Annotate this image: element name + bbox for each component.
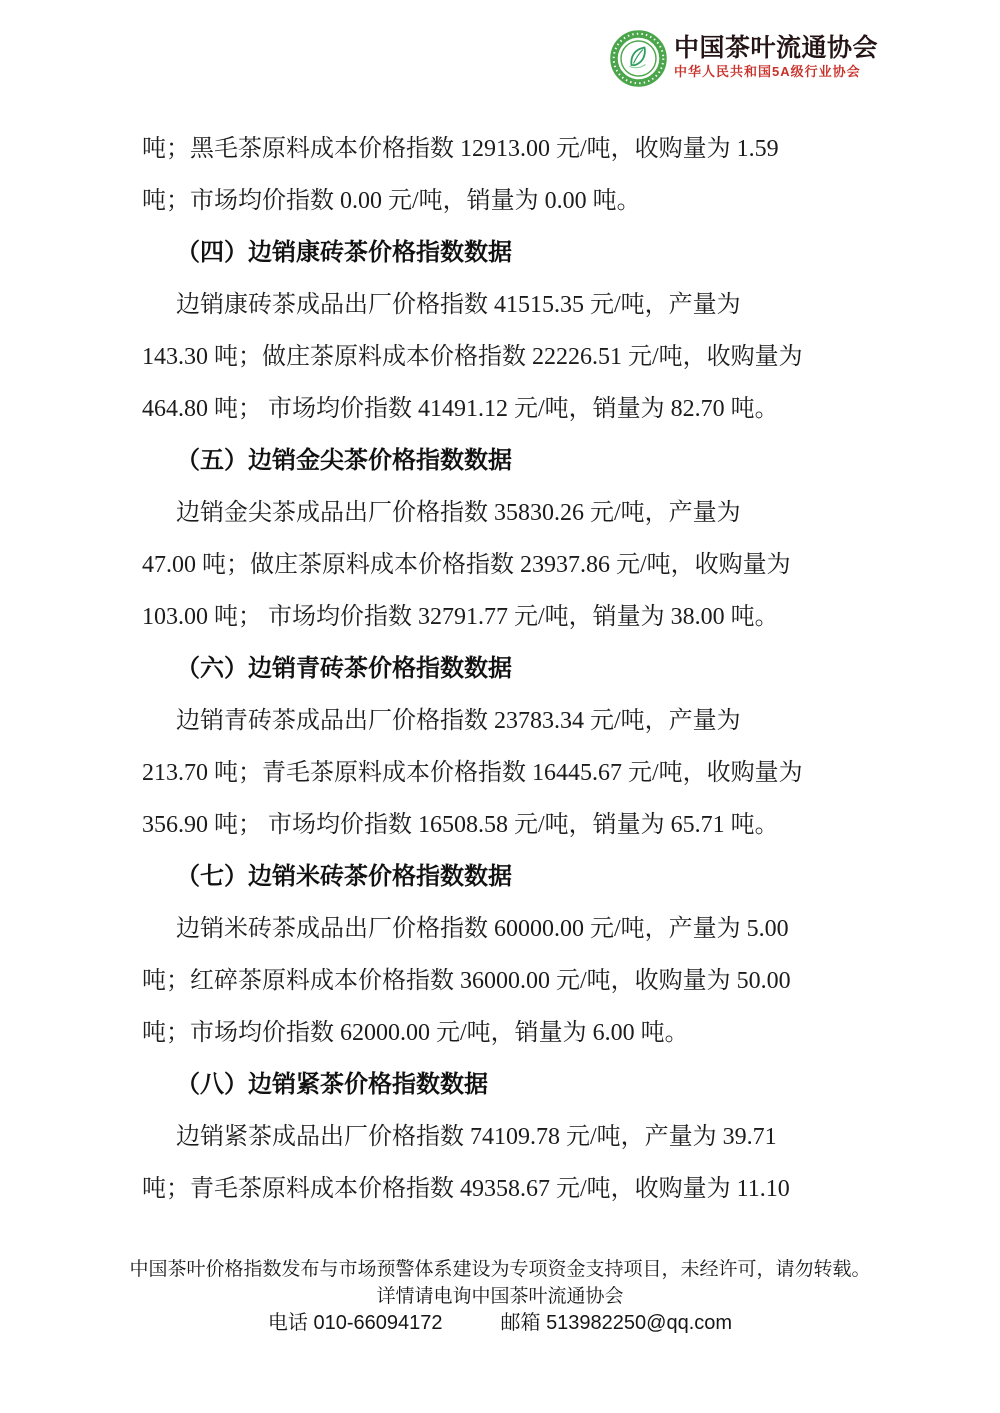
footer-phone: 电话 010-66094172 [268,1310,443,1337]
section-heading: （六）边销青砖茶价格指数数据 [142,643,858,695]
section-kangzhuan: （四）边销康砖茶价格指数数据 边销康砖茶成品出厂价格指数 41515.35 元/… [142,227,858,435]
section-jincha: （八）边销紧茶价格指数数据 边销紧茶成品出厂价格指数 74109.78 元/吨，… [142,1059,858,1215]
section-qingzhuan: （六）边销青砖茶价格指数数据 边销青砖茶成品出厂价格指数 23783.34 元/… [142,643,858,851]
body-line: 103.00 吨； 市场均价指数 32791.77 元/吨，销量为 38.00 … [142,591,858,643]
org-name: 中国茶叶流通协会 [674,35,878,62]
body-line: 边销青砖茶成品出厂价格指数 23783.34 元/吨，产量为 [142,695,858,747]
document-page: 中国茶叶流通协会 中华人民共和国5A级行业协会 吨；黑毛茶原料成本价格指数 12… [0,0,1000,1413]
footer-email-address: 513982250@qq.com [546,1312,732,1334]
body-line: 吨；市场均价指数 62000.00 元/吨，销量为 6.00 吨。 [142,1007,858,1059]
header-text: 中国茶叶流通协会 中华人民共和国5A级行业协会 [674,30,878,79]
footer-notice: 中国茶叶价格指数发布与市场预警体系建设为专项资金支持项目，未经许可，请勿转载。 [0,1256,1000,1283]
footer: 中国茶叶价格指数发布与市场预警体系建设为专项资金支持项目，未经许可，请勿转载。 … [0,1256,1000,1337]
footer-email: 邮箱 513982250@qq.com [501,1310,733,1337]
body-line: 吨；青毛茶原料成本价格指数 49358.67 元/吨，收购量为 11.10 [142,1163,858,1215]
footer-phone-number: 010-66094172 [313,1312,442,1334]
footer-contact-note: 详情请电询中国茶叶流通协会 [0,1283,1000,1310]
document-body: 吨；黑毛茶原料成本价格指数 12913.00 元/吨，收购量为 1.59 吨；市… [142,123,858,1215]
section-heading: （七）边销米砖茶价格指数数据 [142,851,858,903]
header: 中国茶叶流通协会 中华人民共和国5A级行业协会 [610,30,878,87]
body-continuation-line: 吨；市场均价指数 0.00 元/吨，销量为 0.00 吨。 [142,175,858,227]
org-subtitle: 中华人民共和国5A级行业协会 [674,65,878,79]
section-mizhuan: （七）边销米砖茶价格指数数据 边销米砖茶成品出厂价格指数 60000.00 元/… [142,851,858,1059]
body-line: 吨；红碎茶原料成本价格指数 36000.00 元/吨，收购量为 50.00 [142,955,858,1007]
section-heading: （五）边销金尖茶价格指数数据 [142,435,858,487]
body-continuation-line: 吨；黑毛茶原料成本价格指数 12913.00 元/吨，收购量为 1.59 [142,123,858,175]
body-line: 边销康砖茶成品出厂价格指数 41515.35 元/吨，产量为 [142,279,858,331]
body-line: 边销金尖茶成品出厂价格指数 35830.26 元/吨，产量为 [142,487,858,539]
body-line: 边销米砖茶成品出厂价格指数 60000.00 元/吨，产量为 5.00 [142,903,858,955]
footer-phone-label: 电话 [268,1312,308,1334]
footer-contacts: 电话 010-66094172 邮箱 513982250@qq.com [0,1310,1000,1337]
body-line: 边销紧茶成品出厂价格指数 74109.78 元/吨，产量为 39.71 [142,1111,858,1163]
body-line: 213.70 吨；青毛茶原料成本价格指数 16445.67 元/吨，收购量为 [142,747,858,799]
section-jinjian: （五）边销金尖茶价格指数数据 边销金尖茶成品出厂价格指数 35830.26 元/… [142,435,858,643]
section-heading: （四）边销康砖茶价格指数数据 [142,227,858,279]
tea-leaf-seal-icon [610,30,667,87]
body-line: 464.80 吨； 市场均价指数 41491.12 元/吨，销量为 82.70 … [142,383,858,435]
body-line: 143.30 吨；做庄茶原料成本价格指数 22226.51 元/吨，收购量为 [142,331,858,383]
section-heading: （八）边销紧茶价格指数数据 [142,1059,858,1111]
footer-email-label: 邮箱 [501,1312,541,1334]
body-line: 356.90 吨； 市场均价指数 16508.58 元/吨，销量为 65.71 … [142,799,858,851]
body-line: 47.00 吨；做庄茶原料成本价格指数 23937.86 元/吨，收购量为 [142,539,858,591]
